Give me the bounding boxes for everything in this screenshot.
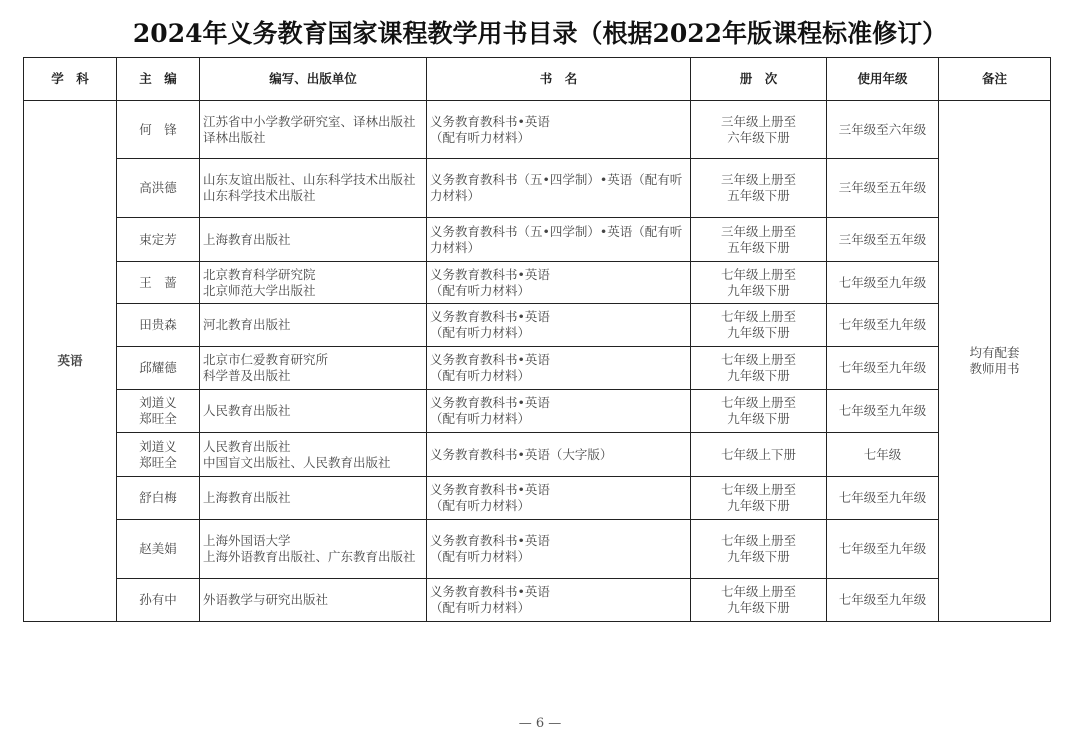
table-row: 高洪德山东友谊出版社、山东科学技术出版社 山东科学技术出版社义务教育教科书（五•… [24,159,1051,218]
volumes-cell: 七年级上下册 [691,433,827,477]
editor-cell: 高洪德 [117,159,200,218]
grades-cell: 三年级至六年级 [827,101,939,159]
book-title-cell: 义务教育教科书•英语 （配有听力材料） [427,262,691,304]
header-subject: 学 科 [24,58,117,101]
book-title-cell: 义务教育教科书•英语 （配有听力材料） [427,520,691,579]
header-remark: 备注 [939,58,1051,101]
volumes-cell: 七年级上册至 九年级下册 [691,579,827,622]
editor-cell: 孙有中 [117,579,200,622]
publisher-cell: 河北教育出版社 [200,304,427,347]
subject-cell: 英语 [24,101,117,622]
volumes-cell: 七年级上册至 九年级下册 [691,304,827,347]
grades-cell: 七年级至九年级 [827,347,939,390]
publisher-cell: 人民教育出版社 中国盲文出版社、人民教育出版社 [200,433,427,477]
book-title-cell: 义务教育教科书•英语 （配有听力材料） [427,304,691,347]
volumes-cell: 七年级上册至 九年级下册 [691,262,827,304]
volumes-cell: 三年级上册至 六年级下册 [691,101,827,159]
publisher-cell: 江苏省中小学教学研究室、译林出版社 译林出版社 [200,101,427,159]
header-book-title: 书 名 [427,58,691,101]
table-row: 邱耀德北京市仁爱教育研究所 科学普及出版社义务教育教科书•英语 （配有听力材料）… [24,347,1051,390]
book-title-cell: 义务教育教科书•英语 （配有听力材料） [427,390,691,433]
grades-cell: 三年级至五年级 [827,218,939,262]
book-title-cell: 义务教育教科书•英语 （配有听力材料） [427,477,691,520]
book-title-cell: 义务教育教科书•英语 （配有听力材料） [427,579,691,622]
table-row: 束定芳上海教育出版社义务教育教科书（五•四学制）•英语（配有听力材料）三年级上册… [24,218,1051,262]
grades-cell: 七年级 [827,433,939,477]
table-row: 刘道义 郑旺全人民教育出版社 中国盲文出版社、人民教育出版社义务教育教科书•英语… [24,433,1051,477]
editor-cell: 刘道义 郑旺全 [117,433,200,477]
volumes-cell: 三年级上册至 五年级下册 [691,218,827,262]
editor-cell: 刘道义 郑旺全 [117,390,200,433]
header-editor: 主 编 [117,58,200,101]
book-title-cell: 义务教育教科书（五•四学制）•英语（配有听力材料） [427,218,691,262]
table-row: 孙有中外语教学与研究出版社义务教育教科书•英语 （配有听力材料）七年级上册至 九… [24,579,1051,622]
grades-cell: 七年级至九年级 [827,262,939,304]
publisher-cell: 上海教育出版社 [200,477,427,520]
volumes-cell: 三年级上册至 五年级下册 [691,159,827,218]
header-volumes: 册 次 [691,58,827,101]
table-row: 赵美娟上海外国语大学 上海外语教育出版社、广东教育出版社义务教育教科书•英语 （… [24,520,1051,579]
publisher-cell: 人民教育出版社 [200,390,427,433]
textbook-catalog-table: 学 科 主 编 编写、出版单位 书 名 册 次 使用年级 备注 英语何 锋江苏省… [23,57,1051,622]
header-publisher: 编写、出版单位 [200,58,427,101]
table-row: 英语何 锋江苏省中小学教学研究室、译林出版社 译林出版社义务教育教科书•英语 （… [24,101,1051,159]
table-row: 刘道义 郑旺全人民教育出版社义务教育教科书•英语 （配有听力材料）七年级上册至 … [24,390,1051,433]
editor-cell: 王 蔷 [117,262,200,304]
book-title-cell: 义务教育教科书•英语 （配有听力材料） [427,347,691,390]
table-row: 舒白梅上海教育出版社义务教育教科书•英语 （配有听力材料）七年级上册至 九年级下… [24,477,1051,520]
header-grades: 使用年级 [827,58,939,101]
grades-cell: 七年级至九年级 [827,520,939,579]
editor-cell: 赵美娟 [117,520,200,579]
editor-cell: 束定芳 [117,218,200,262]
publisher-cell: 外语教学与研究出版社 [200,579,427,622]
editor-cell: 田贵森 [117,304,200,347]
editor-cell: 舒白梅 [117,477,200,520]
book-title-cell: 义务教育教科书•英语 （配有听力材料） [427,101,691,159]
publisher-cell: 上海外国语大学 上海外语教育出版社、广东教育出版社 [200,520,427,579]
remark-cell: 均有配套 教师用书 [939,101,1051,622]
publisher-cell: 北京教育科学研究院 北京师范大学出版社 [200,262,427,304]
publisher-cell: 北京市仁爱教育研究所 科学普及出版社 [200,347,427,390]
volumes-cell: 七年级上册至 九年级下册 [691,477,827,520]
volumes-cell: 七年级上册至 九年级下册 [691,520,827,579]
volumes-cell: 七年级上册至 九年级下册 [691,390,827,433]
volumes-cell: 七年级上册至 九年级下册 [691,347,827,390]
grades-cell: 七年级至九年级 [827,390,939,433]
grades-cell: 七年级至九年级 [827,579,939,622]
page-title: 2024年义务教育国家课程教学用书目录（根据2022年版课程标准修订） [0,14,1080,50]
editor-cell: 邱耀德 [117,347,200,390]
grades-cell: 七年级至九年级 [827,304,939,347]
table-row: 王 蔷北京教育科学研究院 北京师范大学出版社义务教育教科书•英语 （配有听力材料… [24,262,1051,304]
book-title-cell: 义务教育教科书（五•四学制）•英语（配有听力材料） [427,159,691,218]
table-row: 田贵森河北教育出版社义务教育教科书•英语 （配有听力材料）七年级上册至 九年级下… [24,304,1051,347]
editor-cell: 何 锋 [117,101,200,159]
grades-cell: 三年级至五年级 [827,159,939,218]
page-number: — 6 — [0,716,1080,731]
grades-cell: 七年级至九年级 [827,477,939,520]
header-row: 学 科 主 编 编写、出版单位 书 名 册 次 使用年级 备注 [24,58,1051,101]
publisher-cell: 上海教育出版社 [200,218,427,262]
book-title-cell: 义务教育教科书•英语（大字版） [427,433,691,477]
publisher-cell: 山东友谊出版社、山东科学技术出版社 山东科学技术出版社 [200,159,427,218]
